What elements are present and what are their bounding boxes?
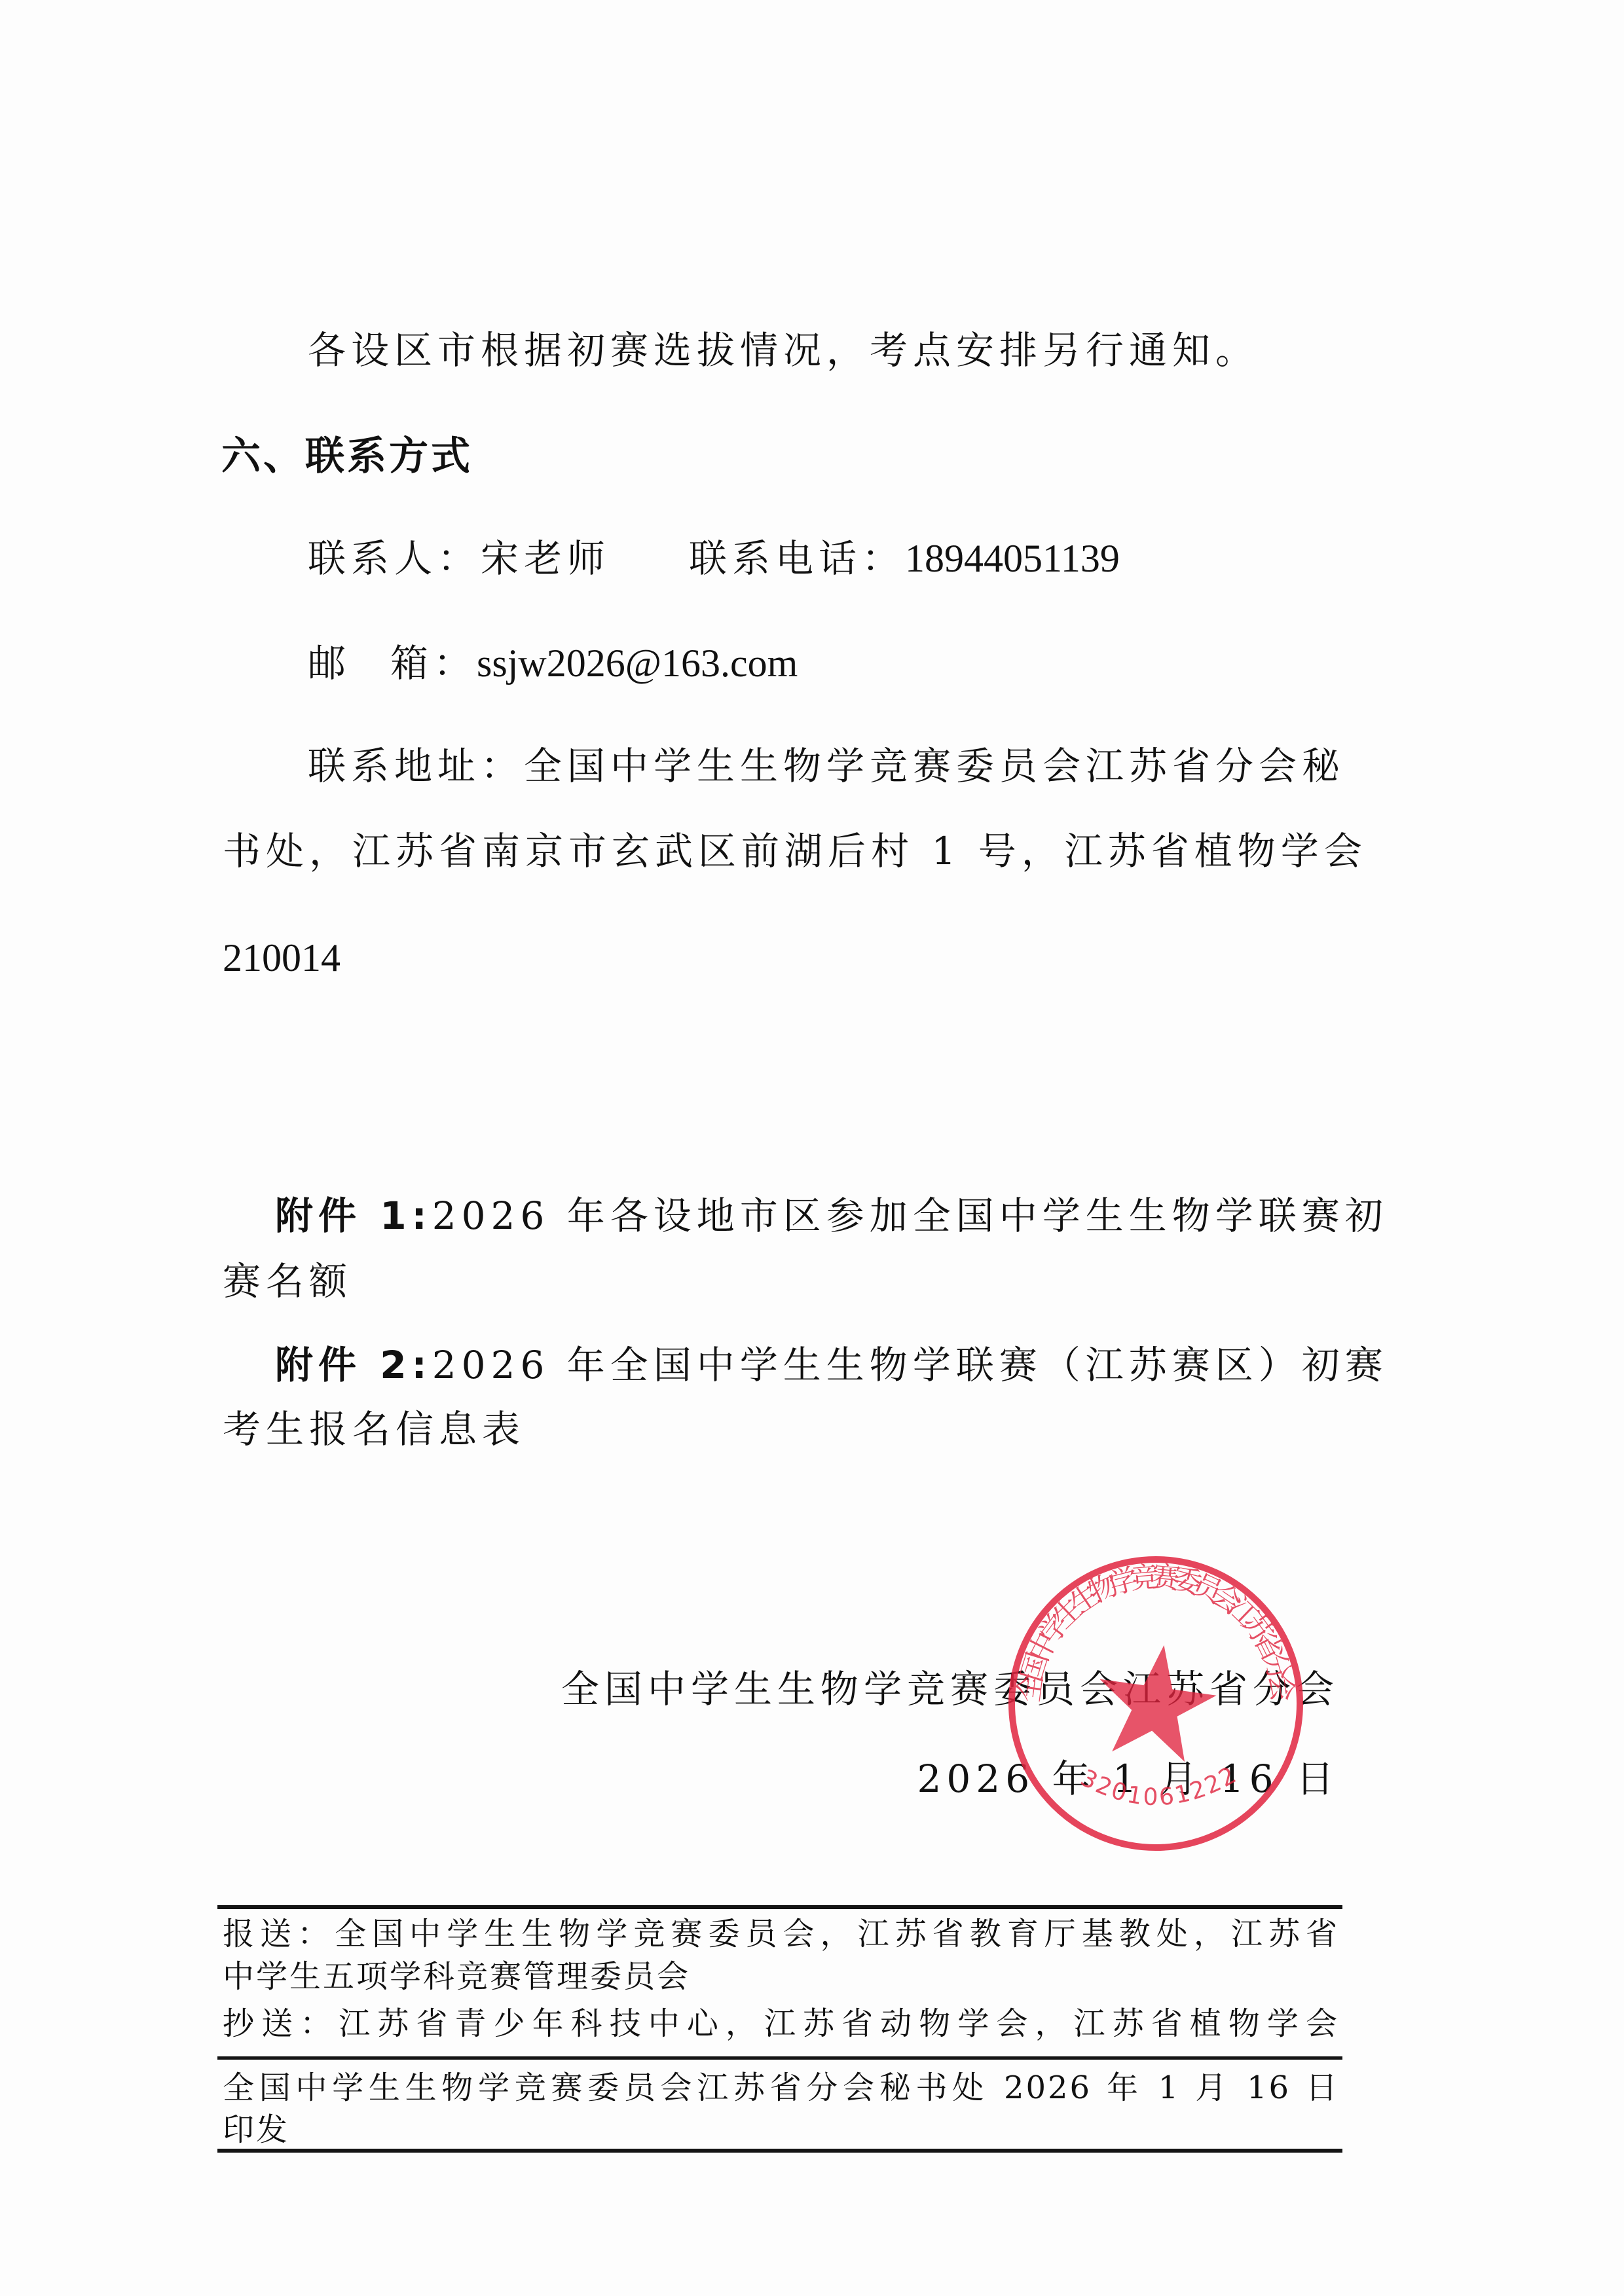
report-to-line-1: 报送：全国中学生生物学竞赛委员会，江苏省教育厅基教处，江苏省 [223,1914,1339,1954]
postcode: 210014 [223,935,1339,981]
attachment-2-line-1: 附件 2:2026 年全国中学生生物学联赛（江苏赛区）初赛 [275,1342,1339,1388]
email-label-part2: 箱： [390,641,477,685]
issued-line-1: 全国中学生生物学竞赛委员会江苏省分会秘书处 2026 年 1 月 16 日 [223,2068,1339,2108]
document-page: 各设区市根据初赛选拔情况，考点安排另行通知。 六、联系方式 联系人：宋老师联系电… [0,0,1624,2296]
address-label: 联系地址： [308,744,524,788]
attachment-2-line-2: 考生报名信息表 [223,1406,1339,1452]
footer-top-rule [217,1905,1342,1909]
attachment-1-label: 附件 1: [275,1194,432,1238]
report-to-line-2: 中学生五项学科竞赛管理委员会 [223,1956,1339,1997]
contact-name: 宋老师 [481,536,610,581]
signature-date: 2026 年 1 月 16 日 [524,1756,1339,1802]
attachment-2-title[interactable]: 2026 年全国中学生生物学联赛（江苏赛区）初赛 [432,1343,1388,1387]
attachment-1-title[interactable]: 2026 年各设地市区参加全国中学生生物学联赛初 [432,1194,1388,1238]
footer-bottom-rule [217,2149,1342,2153]
email-line: 邮箱：ssjw2026@163.com [308,640,798,686]
address-line-2: 书处，江苏省南京市玄武区前湖后村 1 号，江苏省植物学会 [223,828,1339,874]
issued-line-2: 印发 [223,2109,1339,2150]
address-line-1: 联系地址：全国中学生生物学竞赛委员会江苏省分会秘 [308,743,1339,789]
contact-line: 联系人：宋老师联系电话：18944051139 [308,536,1120,581]
contact-label: 联系人： [308,536,481,581]
email-address[interactable]: ssjw2026@163.com [477,642,798,685]
cc-line: 抄送：江苏省青少年科技中心，江苏省动物学会，江苏省植物学会 [223,2003,1339,2044]
intro-paragraph: 各设区市根据初赛选拔情况，考点安排另行通知。 [308,327,1259,373]
signature-organization: 全国中学生生物学竞赛委员会江苏省分会 [524,1666,1339,1712]
email-label-part1: 邮 [308,641,351,685]
attachment-2-label: 附件 2: [275,1343,432,1387]
footer-middle-rule [217,2056,1342,2060]
address-text-1: 全国中学生生物学竞赛委员会江苏省分会秘 [524,744,1345,788]
attachment-1-line-1: 附件 1:2026 年各设地市区参加全国中学生生物学联赛初 [275,1193,1339,1239]
phone-number: 18944051139 [905,537,1120,580]
section-heading-contact: 六、联系方式 [221,433,473,479]
attachment-1-line-2: 赛名额 [223,1258,1339,1304]
phone-label: 联系电话： [689,536,905,581]
